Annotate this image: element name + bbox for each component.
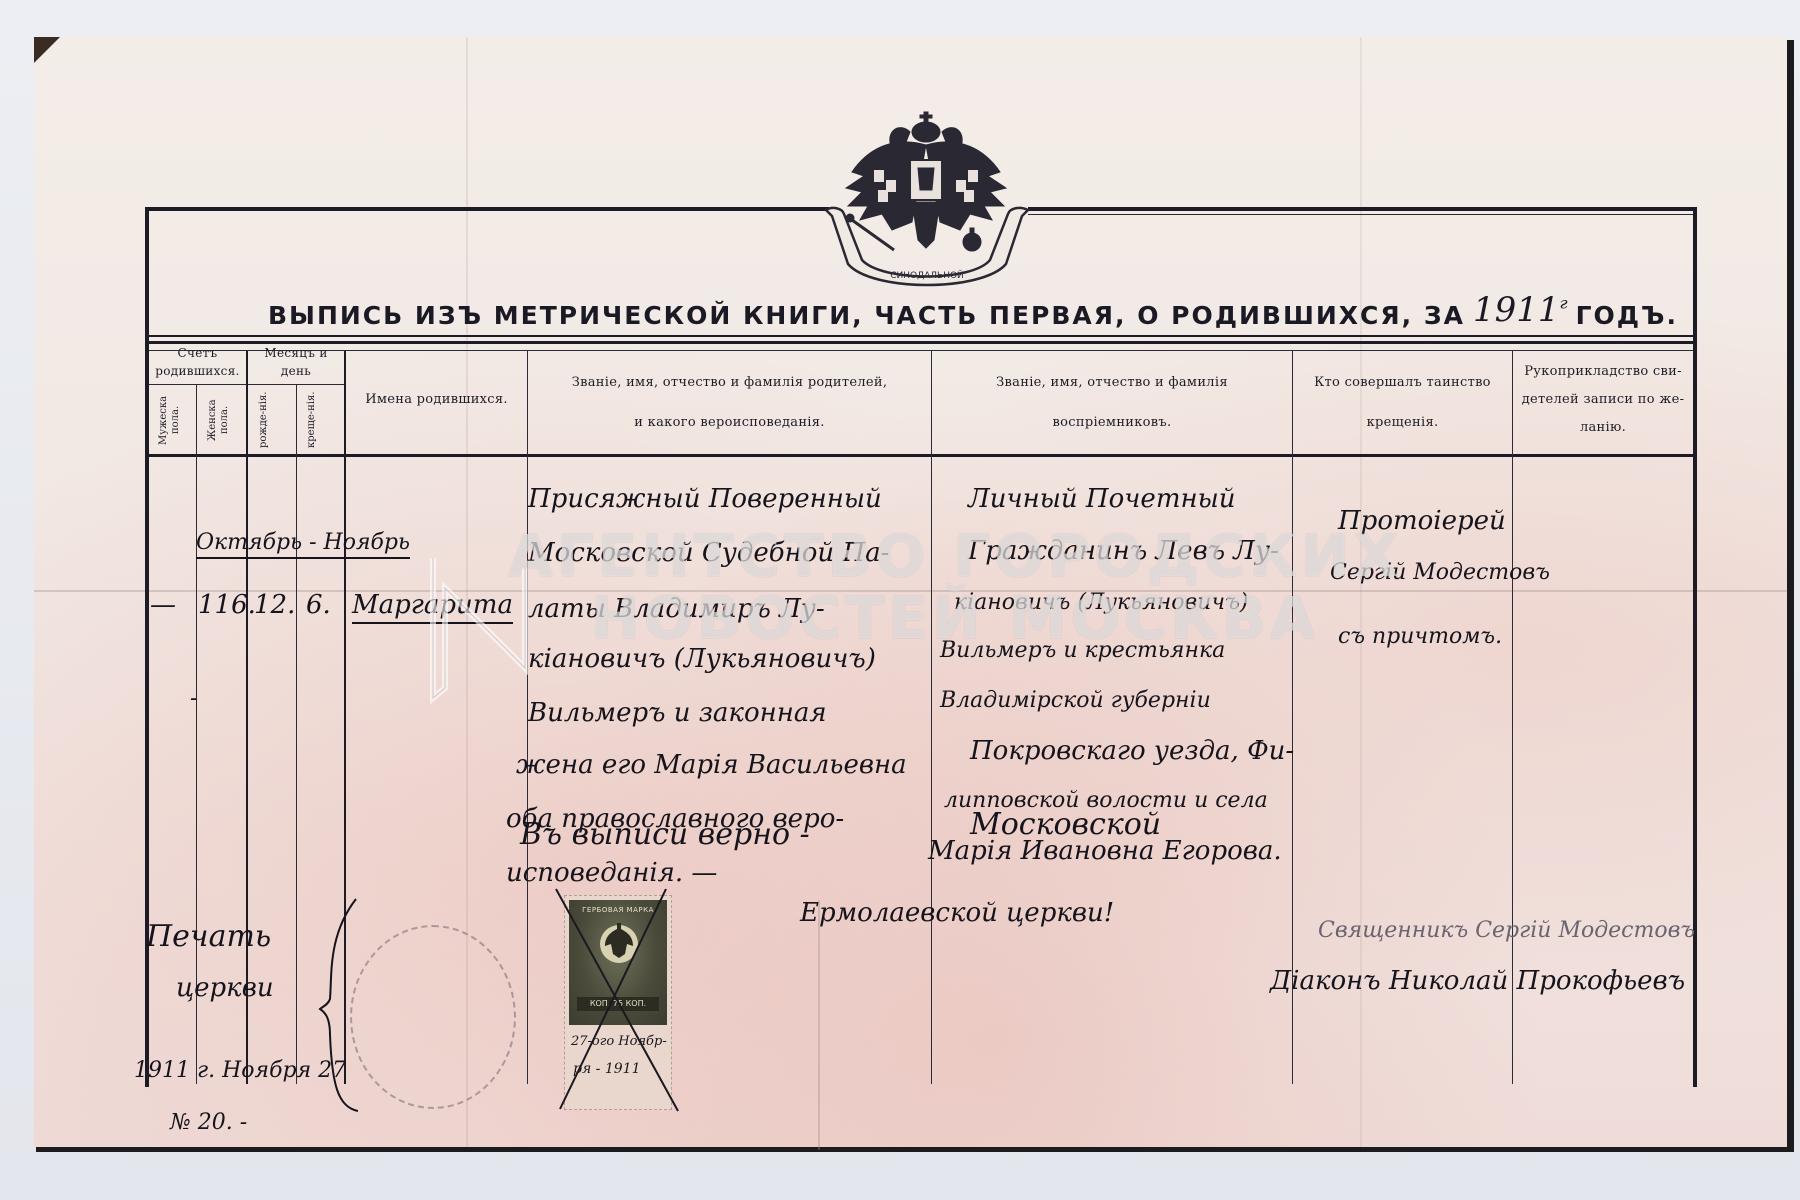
header-bottom-rule	[149, 454, 1693, 457]
signature-deacon: Діаконъ Николай Прокофьевъ	[1270, 968, 1685, 994]
header-date-baptism: крещe-нія.	[306, 390, 334, 450]
header-performer-line1: Кто совершалъ таинство	[1293, 368, 1512, 398]
crest-ribbon-text: СИНОДАЛЬНОЙ	[890, 269, 964, 281]
godparents-line: Личный Почетный	[968, 486, 1236, 512]
header-performer-line2: крещенія.	[1293, 408, 1512, 438]
godparents-line: Гражданинъ Левъ Лу-	[968, 538, 1279, 564]
col-sep	[296, 384, 297, 1084]
header-witnesses-line3: ланію.	[1513, 414, 1693, 442]
col-sep	[931, 351, 932, 1084]
entry-months: Октябрь - Ноябрь	[196, 532, 410, 554]
godparents-line: Владимірской губерніи	[940, 690, 1211, 712]
top-rule-right-thin	[1028, 214, 1697, 215]
parents-line: исповеданія. —	[506, 860, 717, 886]
performer-line: Сергій Модестовъ	[1330, 562, 1550, 584]
certification-line3: Ермолаевской церкви!	[800, 900, 1114, 926]
imperial-eagle-crest-icon: СИНОДАЛЬНОЙ	[822, 110, 1032, 295]
document-title: ВЫПИСЬ ИЗЪ МЕТРИЧЕСКОЙ КНИГИ, ЧАСТЬ ПЕРВ…	[268, 286, 1598, 330]
header-date-group: Месяцъ и день	[248, 340, 344, 388]
header-godparents-line2: воспріемниковъ.	[932, 408, 1292, 438]
parents-line: жена его Марія Васильевна	[516, 752, 907, 778]
header-godparents-line1: Званіе, имя, отчество и фамилія	[932, 368, 1292, 398]
months-text: Октябрь - Ноябрь	[196, 530, 410, 559]
table-right-border	[1693, 207, 1697, 1087]
title-year: 1911г	[1473, 290, 1568, 330]
year-suffix: г	[1560, 294, 1568, 313]
top-rule-right	[1028, 207, 1697, 211]
parents-line: Присяжный Поверенный	[528, 486, 882, 512]
header-parents-line2: и какого вероисповеданія.	[528, 408, 931, 438]
performer-line: Протоіерей	[1338, 508, 1506, 534]
parents-line: Московской Судебной Па-	[528, 540, 889, 566]
parents-line: кіановичъ (Лукьяновичъ)	[528, 646, 876, 672]
table-left-border	[145, 207, 149, 1087]
stamp-cancel-cross-icon	[548, 885, 688, 1117]
title-suffix: ГОДЪ.	[1576, 301, 1678, 330]
title-prefix: ВЫПИСЬ ИЗЪ МЕТРИЧЕСКОЙ КНИГИ, ЧАСТЬ ПЕРВ…	[268, 301, 1465, 330]
agency-logo-icon	[425, 548, 535, 708]
year-value: 1911	[1473, 290, 1560, 330]
entry-day-birth: 12.	[254, 592, 295, 618]
photo-corner-mount	[34, 37, 60, 63]
header-date-birth: рожде-нія.	[258, 390, 286, 450]
title-underline-3	[149, 350, 1693, 351]
header-count-group: Счетъ родившихся.	[149, 340, 246, 388]
title-underline-1	[149, 335, 1693, 337]
parents-line: латы Владимиръ Лу-	[528, 596, 825, 622]
godparents-line: Вильмеръ и крестьянка	[940, 640, 1225, 662]
entry-count-female-number: 116.	[198, 592, 256, 618]
top-rule-left	[145, 207, 829, 211]
entry-day-baptism: 6.	[306, 592, 331, 618]
header-count-female: Женска пола.	[207, 390, 235, 450]
signature-priest: Священникъ Сергій Модестовъ	[1318, 920, 1695, 942]
document-number: № 20. -	[170, 1112, 247, 1134]
header-count-male: Мужеска пола.	[158, 390, 186, 450]
tear-mark	[818, 900, 820, 1150]
header-witnesses-line1: Рукоприкладство сви-	[1513, 358, 1693, 386]
certification-line2: Московской	[970, 810, 1161, 840]
godparents-line: Покровскаго уезда, Фи-	[970, 738, 1294, 764]
issue-date: 1911 г. Ноября 27	[134, 1060, 346, 1082]
performer-line: съ причтомъ.	[1338, 626, 1502, 648]
certification-line1: Въ выписи верно -	[520, 820, 810, 850]
header-parents-line1: Званіе, имя, отчество и фамилія родителе…	[528, 368, 931, 398]
seal-label-2: церкви	[176, 975, 274, 1001]
header-witnesses-line2: детелей записи по же-	[1513, 386, 1693, 414]
title-underline-2	[149, 341, 1693, 344]
entry-count-male-mark: —	[150, 592, 176, 618]
header-names: Имена родившихся.	[346, 385, 527, 415]
parents-line: Вильмеръ и законная	[528, 700, 827, 726]
godparents-line: кіановичъ (Лукьяновичъ)	[954, 592, 1248, 614]
church-seal-impression	[350, 925, 516, 1109]
row-mark: -	[190, 688, 197, 710]
seal-label-1: Печать	[146, 922, 271, 952]
